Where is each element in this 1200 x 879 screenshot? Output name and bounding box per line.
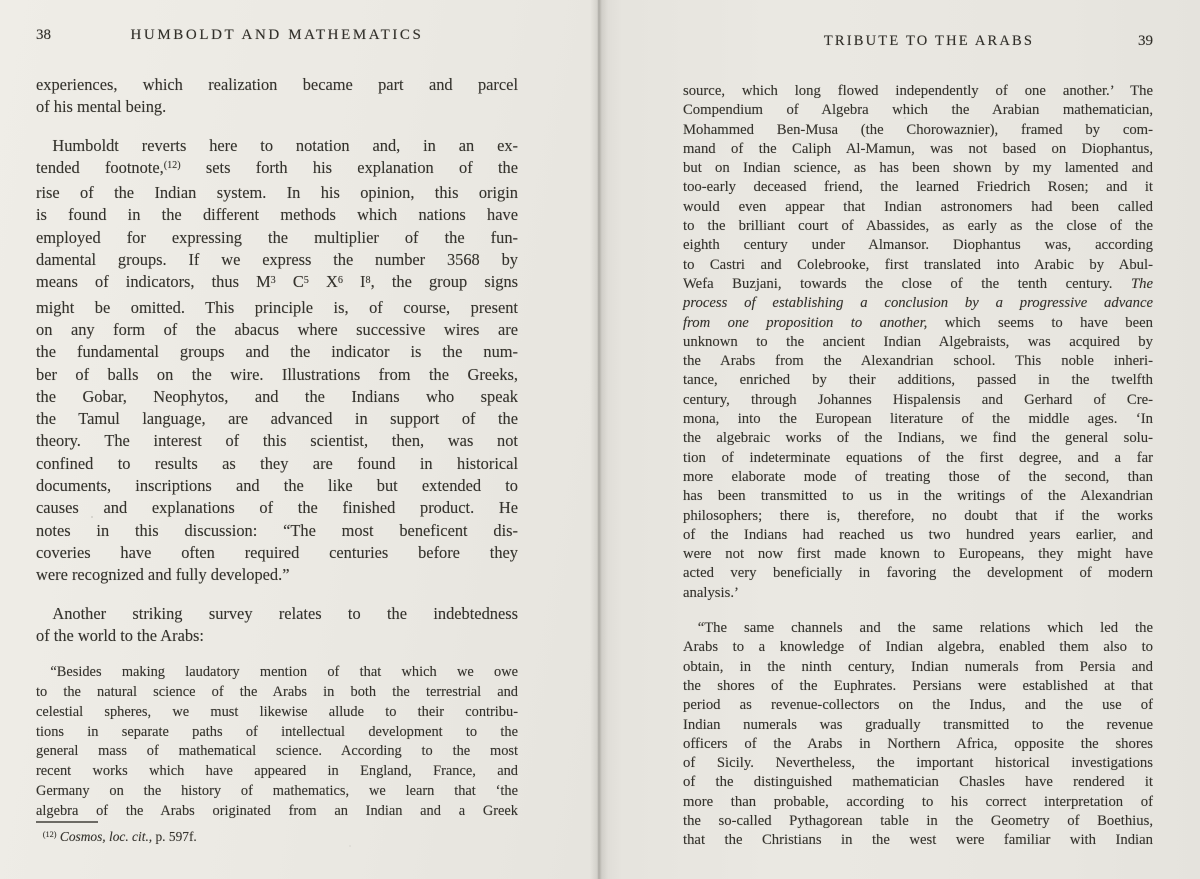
text-line: Arabs to a knowledge of Indian algebra, … (683, 638, 1153, 657)
text-line: Another striking survey relates to the i… (36, 603, 518, 625)
left-page-body: experiences, which realization became pa… (36, 74, 518, 822)
text-line: experiences, which realization became pa… (36, 74, 518, 96)
text-line: were not now first made known to Europea… (683, 545, 1153, 564)
text-line: general mass of mathematical science. Ac… (36, 742, 518, 762)
text-line: on any form of the abacus where successi… (36, 319, 518, 341)
right-page-body: source, which long flowed independently … (683, 82, 1153, 851)
text-line: philosophers; there is, therefore, no do… (683, 507, 1153, 526)
right-running-header: TRIBUTE TO THE ARABS (683, 33, 1153, 50)
text-line: of Sicily. Nevertheless, the important h… (683, 754, 1153, 773)
text-line: were recognized and fully developed.” (36, 564, 518, 586)
footnote: (12) Cosmos, loc. cit., p. 597f. (36, 828, 518, 848)
text-line: the Tamul language, are advanced in supp… (36, 408, 518, 430)
text-line: Wefa Buzjani, towards the close of the t… (683, 275, 1153, 294)
text-line: documents, inscriptions and the like but… (36, 475, 518, 497)
text-line: tions in separate paths of intellectual … (36, 723, 518, 743)
text-line: would even appear that Indian astronomer… (683, 198, 1153, 217)
text-line: has been transmitted to us in the writin… (683, 487, 1153, 506)
text-line: mona, into the European literature of th… (683, 410, 1153, 429)
text-line: to the natural science of the Arabs in b… (36, 683, 518, 703)
body-paragraph: Humboldt reverts here to notation and, i… (36, 135, 518, 587)
left-page-header: 38 HUMBOLDT AND MATHEMATICS (36, 27, 518, 47)
text-line: ber of balls on the wire. Illustrations … (36, 364, 518, 386)
body-paragraph: source, which long flowed independently … (683, 82, 1153, 603)
text-line: causes and explanations of the finished … (36, 497, 518, 519)
text-line: unknown to the ancient Indian Algebraist… (683, 333, 1153, 352)
text-line: acted very beneficially in favoring the … (683, 564, 1153, 583)
text-line: is found in the different methods which … (36, 204, 518, 226)
text-line: the fundamental groups and the indicator… (36, 341, 518, 363)
left-running-header: HUMBOLDT AND MATHEMATICS (36, 27, 518, 44)
text-line: confined to results as they are found in… (36, 453, 518, 475)
right-page-number: 39 (1138, 33, 1153, 50)
text-line: damental groups. If we express the numbe… (36, 249, 518, 271)
body-paragraph: experiences, which realization became pa… (36, 74, 518, 119)
text-line: obtain, in the ninth century, Indian num… (683, 658, 1153, 677)
text-line: Germany on the history of mathematics, w… (36, 782, 518, 802)
text-line: notes in this discussion: “The most bene… (36, 520, 518, 542)
text-line: of the Indians had reached us two hundre… (683, 526, 1153, 545)
text-line: that the Christians in the west were fam… (683, 831, 1153, 850)
text-line: recent works which have appeared in Engl… (36, 762, 518, 782)
text-line: algebra of the Arabs originated from an … (36, 802, 518, 822)
text-line: too-early deceased friend, the learned F… (683, 178, 1153, 197)
text-line: tended footnote,(12) sets forth his expl… (36, 157, 518, 182)
text-line: the Gobar, Neophytos, and the Indians wh… (36, 386, 518, 408)
block-quote: “Besides making laudatory mention of tha… (36, 663, 518, 821)
text-line: (12) Cosmos, loc. cit., p. 597f. (36, 828, 518, 848)
text-line: source, which long flowed independently … (683, 82, 1153, 101)
text-line: “The same channels and the same relation… (683, 619, 1153, 638)
text-line: coveries have often required centuries b… (36, 542, 518, 564)
body-paragraph: Another striking survey relates to the i… (36, 603, 518, 648)
text-line: century, through Johannes Hispalensis an… (683, 391, 1153, 410)
text-line: but on Indian science, as has been shown… (683, 159, 1153, 178)
text-line: tion of indeterminate equations of the f… (683, 449, 1153, 468)
text-line: might be omitted. This principle is, of … (36, 297, 518, 319)
text-line: analysis.’ (683, 584, 1153, 603)
text-line: means of indicators, thus M3 C5 X6 I8, t… (36, 271, 518, 296)
text-line: period as revenue-collectors on the Indu… (683, 696, 1153, 715)
footnote-rule (36, 821, 98, 823)
left-page: 38 HUMBOLDT AND MATHEMATICS experiences,… (0, 0, 598, 879)
text-line: the algebraic works of the Indians, we f… (683, 429, 1153, 448)
text-line: the Arabs from the Alexandrian school. T… (683, 352, 1153, 371)
text-line: from one proposition to another, which s… (683, 314, 1153, 333)
text-line: of his mental being. (36, 96, 518, 118)
text-line: process of establishing a conclusion by … (683, 294, 1153, 313)
text-line: to Castri and Colebrooke, first translat… (683, 256, 1153, 275)
text-line: officers of the Arabs in Northern Africa… (683, 735, 1153, 754)
text-line: Humboldt reverts here to notation and, i… (36, 135, 518, 157)
footnote-text: (12) Cosmos, loc. cit., p. 597f. (36, 828, 518, 848)
text-line: theory. The interest of this scientist, … (36, 430, 518, 452)
text-line: eighth century under Almansor. Diophantu… (683, 236, 1153, 255)
text-line: “Besides making laudatory mention of tha… (36, 663, 518, 683)
text-line: Mohammed Ben-Musa (the Chorowaznier), fr… (683, 121, 1153, 140)
text-line: to the brilliant court of Abassides, as … (683, 217, 1153, 236)
text-line: mand of the Caliph Al-Mamun, was not bas… (683, 140, 1153, 159)
text-line: more elaborate mode of treating those of… (683, 468, 1153, 487)
text-line: Compendium of Algebra which the Arabian … (683, 101, 1153, 120)
book-spread: 38 HUMBOLDT AND MATHEMATICS experiences,… (0, 0, 1200, 879)
text-line: Indian numerals was gradually transmitte… (683, 716, 1153, 735)
left-page-number: 38 (36, 27, 51, 44)
text-line: employed for expressing the multiplier o… (36, 227, 518, 249)
text-line: more than probable, according to his cor… (683, 793, 1153, 812)
text-line: celestial spheres, we must likewise allu… (36, 703, 518, 723)
text-line: the so-called Pythagorean table in the G… (683, 812, 1153, 831)
text-line: rise of the Indian system. In his opinio… (36, 182, 518, 204)
text-line: the shores of the Euphrates. Persians we… (683, 677, 1153, 696)
text-line: tance, enriched by their additions, pass… (683, 371, 1153, 390)
right-page: TRIBUTE TO THE ARABS 39 source, which lo… (598, 0, 1200, 879)
right-page-header: TRIBUTE TO THE ARABS 39 (683, 33, 1153, 53)
text-line: of the world to the Arabs: (36, 625, 518, 647)
text-line: of the distinguished mathematician Chasl… (683, 773, 1153, 792)
body-paragraph: “The same channels and the same relation… (683, 619, 1153, 851)
